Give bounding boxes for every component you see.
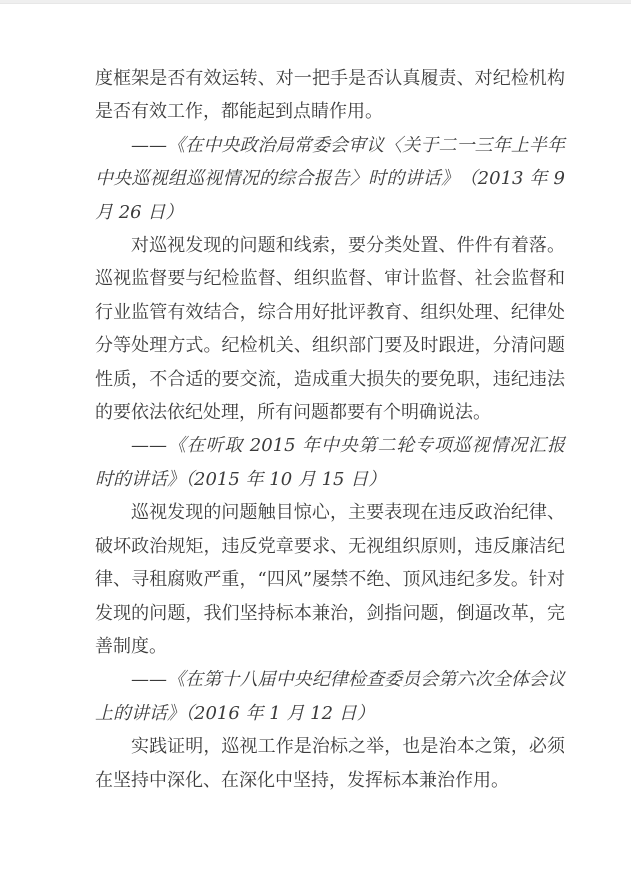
body-paragraph-problems-found: 巡视发现的问题触目惊心，主要表现在违反政治纪律、破坏政治规矩，违反党章要求、无视… — [95, 496, 565, 663]
citation-2013-speech: ——《在中央政治局常委会审议〈关于二一三年上半年中央巡视组巡视情况的综合报告〉时… — [95, 129, 565, 229]
citation-2016-speech: ——《在第十八届中央纪律检查委员会第六次全体会议上的讲话》（2016 年 1 月… — [95, 663, 565, 730]
document-page: 度框架是否有效运转、对一把手是否认真履责、对纪检机构是否有效工作，都能起到点睛作… — [0, 4, 631, 889]
body-paragraph-practice-proves: 实践证明，巡视工作是治标之举，也是治本之策，必须在坚持中深化、在深化中坚持，发挥… — [95, 730, 565, 797]
body-paragraph-inspection-issues: 对巡视发现的问题和线索，要分类处置、件件有着落。巡视监督要与纪检监督、组织监督、… — [95, 229, 565, 429]
citation-2015-speech: ——《在听取 2015 年中央第二轮专项巡视情况汇报时的讲话》（2015 年 1… — [95, 429, 565, 496]
document-body: 度框架是否有效运转、对一把手是否认真履责、对纪检机构是否有效工作，都能起到点睛作… — [95, 62, 565, 797]
body-paragraph-continuation: 度框架是否有效运转、对一把手是否认真履责、对纪检机构是否有效工作，都能起到点睛作… — [95, 62, 565, 129]
